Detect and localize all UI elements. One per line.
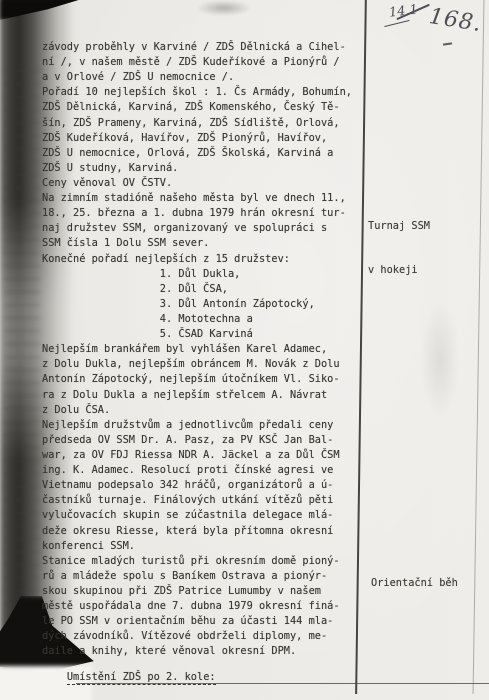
- typewritten-body-text: závody proběhly v Karviné / ZDŠ Dělnická…: [42, 40, 362, 659]
- body-text-line: Nejlepším brankářem byl vyhlášen Karel A…: [42, 342, 362, 357]
- footer-heading-underlined: Umístění ZDŠ po 2. kole:: [42, 659, 216, 695]
- body-text-line: konferenci SSM.: [42, 539, 362, 554]
- body-text-line: častníků turnaje. Finálových utkání vítě…: [42, 493, 362, 508]
- body-text-line: Vietnamu podepsalo 342 hráčů, organizáto…: [42, 478, 362, 493]
- body-text-line: závody proběhly v Karviné / ZDŠ Dělnická…: [42, 40, 362, 55]
- body-text-line: 1. Důl Dukla,: [42, 267, 362, 282]
- body-text-line: Ceny věnoval OV ČSTV.: [42, 176, 362, 191]
- handwritten-tick-mark: [443, 42, 452, 45]
- margin-note-line: Orientační běh: [371, 576, 458, 591]
- margin-note-hockey-tournament: Turnaj SSM v hokeji: [368, 190, 430, 306]
- body-text-line: dých závodníků. Vítězové obdrželi diplom…: [42, 629, 362, 644]
- body-text-line: 5. ČSAD Karviná: [42, 327, 362, 342]
- body-text-line: rů a mládeže spolu s Baníkem Ostrava a p…: [42, 569, 362, 584]
- scanned-document-page: 14.1 168. závody proběhly v Karviné / ZD…: [0, 0, 489, 700]
- margin-note-line: v hokeji: [368, 263, 430, 278]
- body-text-line: le PO SSM v orientačním běhu za účasti 1…: [42, 614, 362, 629]
- body-text-line: ZDŠ U nemocnice, Orlová, ZDŠ Školská, Ka…: [42, 146, 362, 161]
- body-text-line: ZDŠ U studny, Karviná.: [42, 161, 362, 176]
- body-text-line: Antonín Zápotocký, nejlepším útočníkem V…: [42, 372, 362, 387]
- handwritten-page-number: 168.: [427, 4, 483, 37]
- footer-heading-text: Umístění ZDŠ po 2. kole:: [67, 671, 216, 685]
- body-text-line: ní /, v našem městě / ZDŠ Kudeříkové a P…: [42, 55, 362, 70]
- handwritten-underline-stroke: [384, 20, 410, 28]
- body-text-line: 4. Mototechna a: [42, 312, 362, 327]
- body-text-line: ZDŠ Kudeříková, Havířov, ZDŠ Pionýrů, Ha…: [42, 131, 362, 146]
- body-text-line: 18., 25. března a 1. dubna 1979 hrán okr…: [42, 206, 362, 221]
- body-text-line: Na zimním stadióně našeho města byl ve d…: [42, 191, 362, 206]
- body-text-line: předseda OV SSM Dr. A. Pasz, za PV KSČ J…: [42, 433, 362, 448]
- margin-note-orienteering: Orientační běh: [371, 547, 458, 620]
- body-text-line: naj družstev SSM, organizovaný ve spolup…: [42, 221, 362, 236]
- body-text-line: Pořadí 10 nejlepších škol : 1. Čs Armády…: [42, 85, 362, 100]
- margin-note-line: Turnaj SSM: [368, 219, 430, 234]
- body-text-line: z Dolu ČSA.: [42, 403, 362, 418]
- body-text-line: Nejlepším družstvům a jednotlivcům předa…: [42, 418, 362, 433]
- body-text-line: z Dolu Dukla, nejlepším obráncem M. Nová…: [42, 357, 362, 372]
- body-text-line: ing. K. Adamec. Resolucí proti čínské ag…: [42, 463, 362, 478]
- body-text-line: a v Orlové / ZDŠ U nemocnice /.: [42, 70, 362, 85]
- body-text-line: 2. Důl ČSA,: [42, 282, 362, 297]
- scan-smudge: [196, 0, 252, 16]
- body-text-line: ra z Dolu Dukla a nejlepším střelcem A. …: [42, 388, 362, 403]
- body-text-line: skou skupinou při ZDŠ Patrice Lumumby v …: [42, 584, 362, 599]
- body-text-line: Stanice mladých turistů při okresním dom…: [42, 554, 362, 569]
- body-text-line: šín, ZDŠ Prameny, Karviná, ZDŠ Sídliště,…: [42, 116, 362, 131]
- body-text-line: war, za OV FDJ Riessa NDR A. Jäckel a za…: [42, 448, 362, 463]
- page-edge-line: [473, 0, 485, 694]
- body-text-line: Konečné pořadí nejlepších z 15 družstev:: [42, 252, 362, 267]
- body-text-line: daile a knihy, které věnoval okresní DPM…: [42, 644, 362, 659]
- body-text-line: deže okresu Riesse, která byla přítomna …: [42, 524, 362, 539]
- scan-smudge: [420, 300, 460, 420]
- body-text-line: 3. Důl Antonín Zápotocký,: [42, 297, 362, 312]
- body-text-line: SSM čísla 1 Dolu SSM sever.: [42, 236, 362, 251]
- body-text-line: městě uspořádala dne 7. dubna 1979 okres…: [42, 599, 362, 614]
- ink-bleed-through: [4, 70, 40, 610]
- body-text-line: ZDŠ Dělnická, Karviná, ZDŠ Komenského, Č…: [42, 100, 362, 115]
- body-text-line: vylučovacích skupin se zúčastnila delega…: [42, 508, 362, 523]
